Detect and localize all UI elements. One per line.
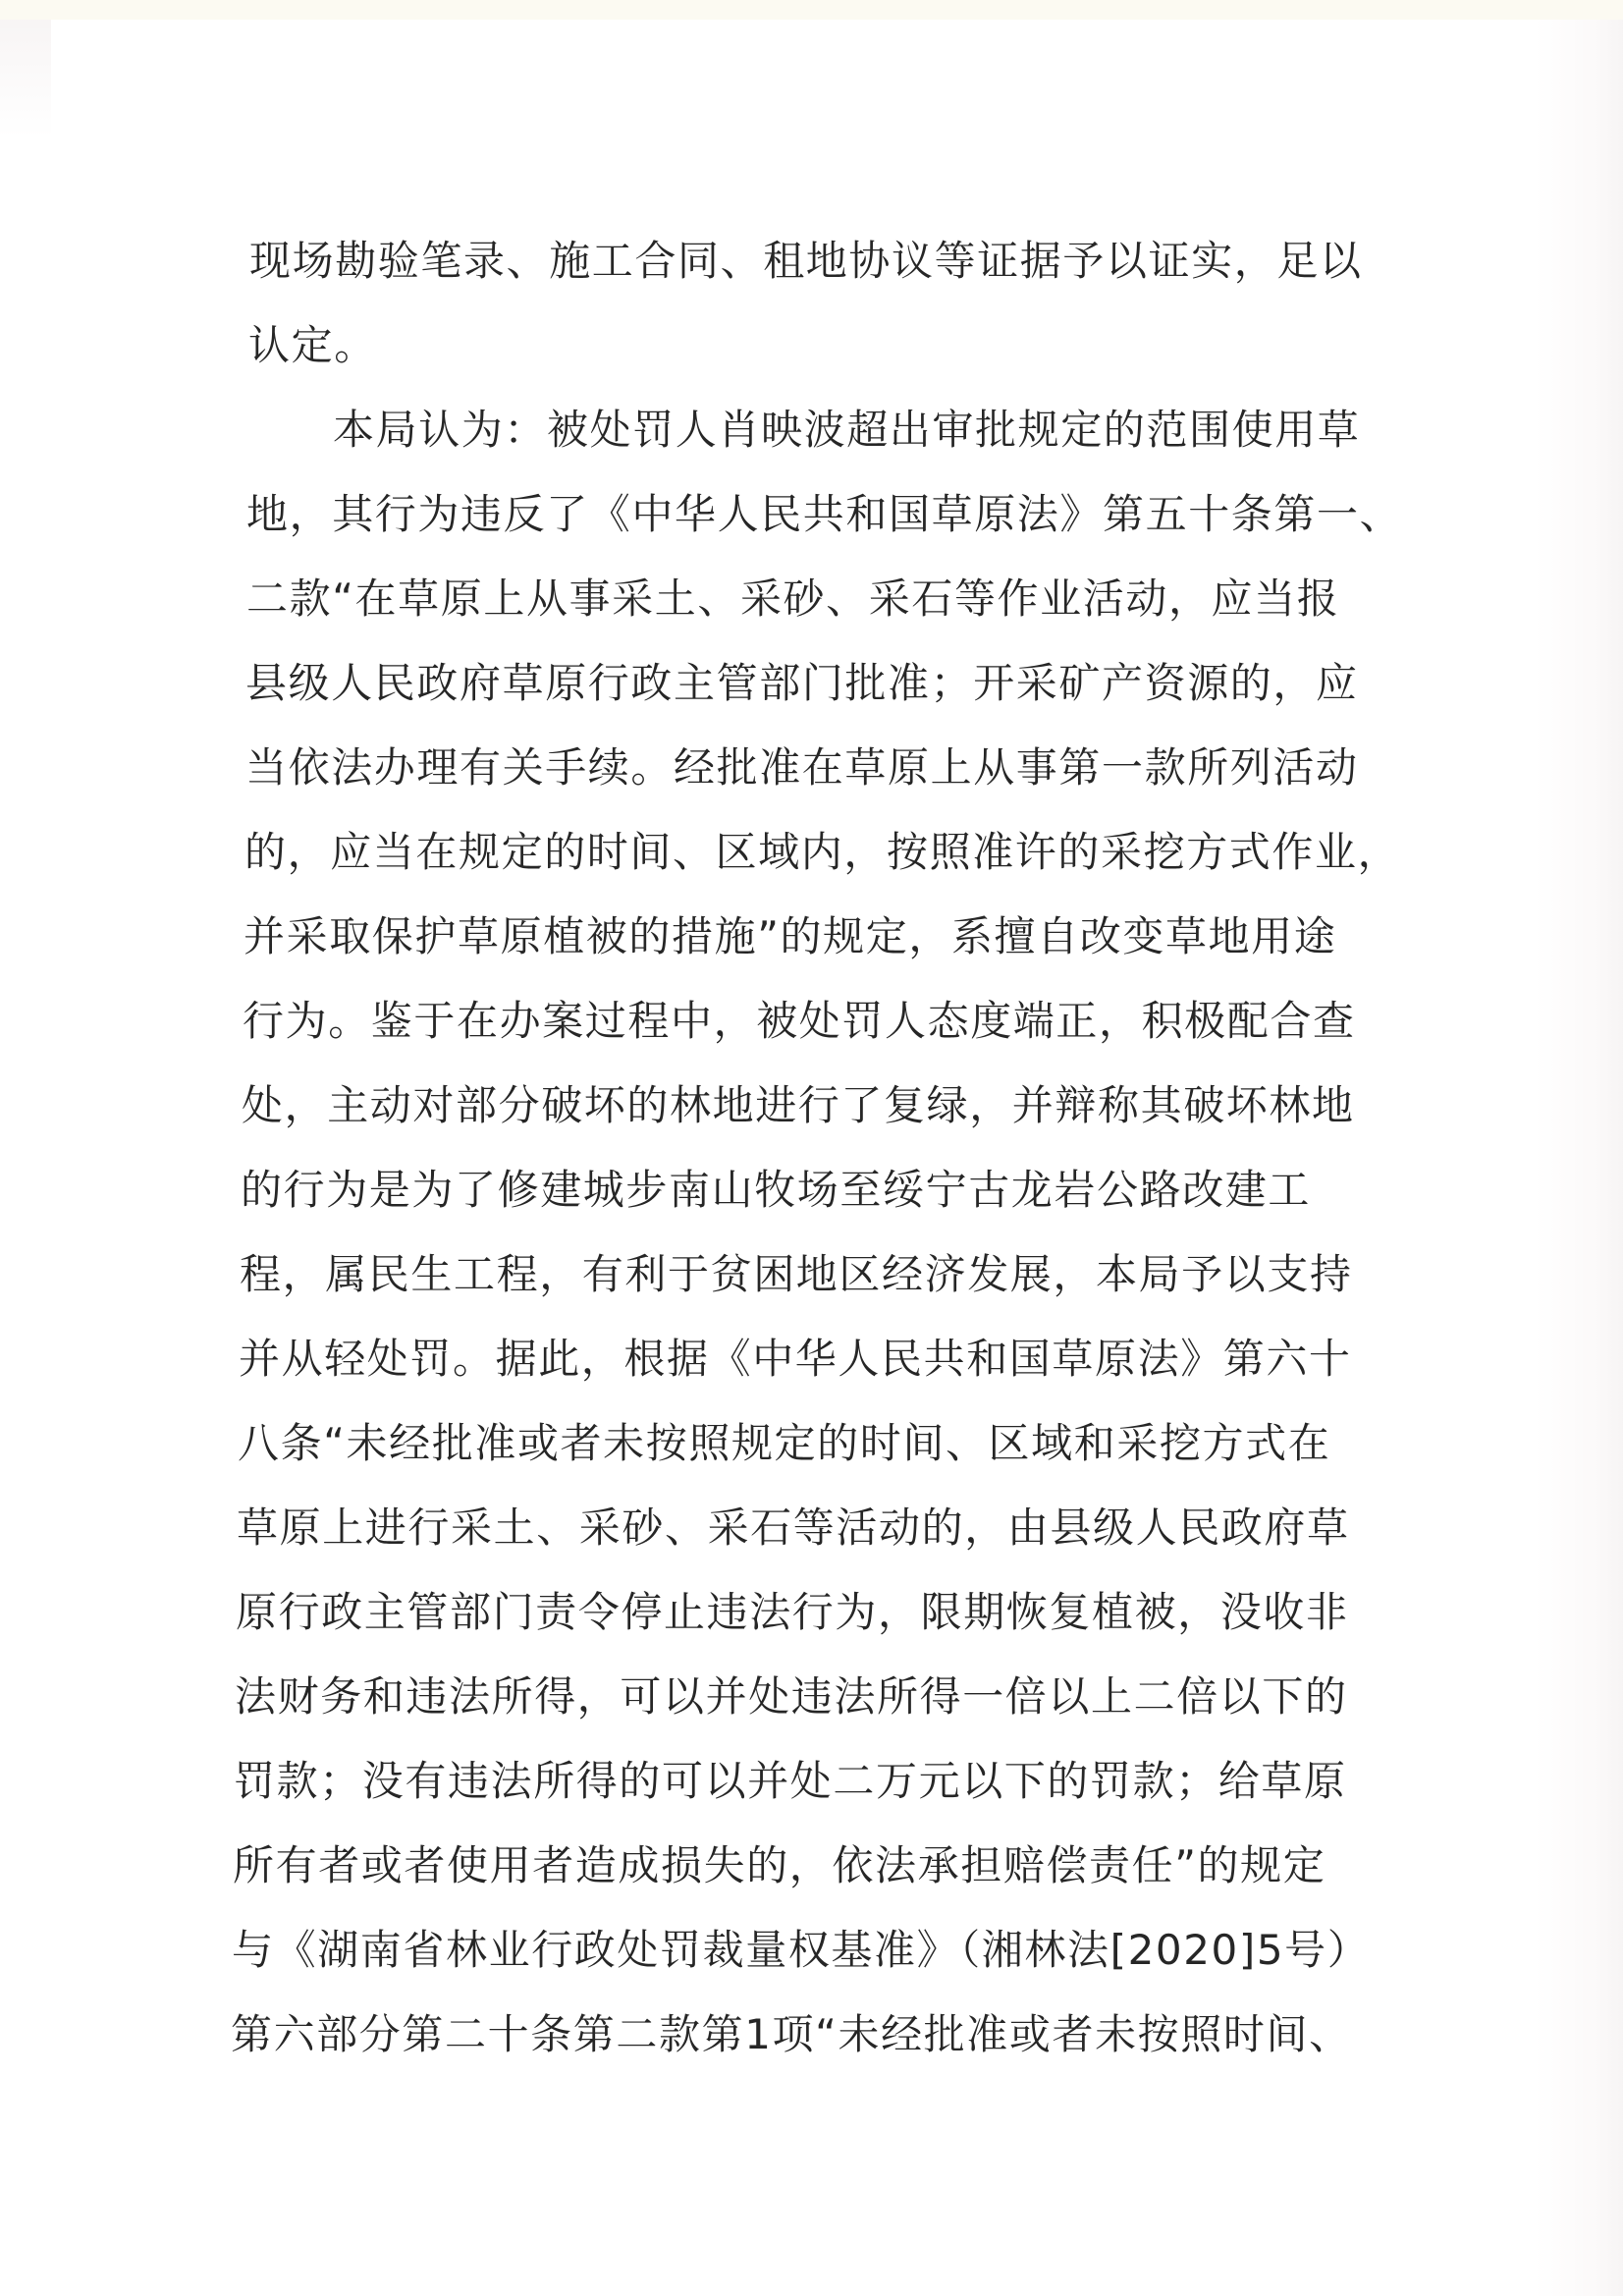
text-line: 所有者或者使用者造成损失的，依法承担赔偿责任”的规定 (233, 1845, 1325, 1886)
text-line: 二款“在草原上从事采土、采砂、采石等作业活动，应当报 (246, 578, 1339, 620)
text-line: 法财务和违法所得，可以并处违法所得一倍以上二倍以下的 (235, 1676, 1348, 1718)
text-line: 现场勘验笔录、施工合同、租地协议等证据予以证实，足以 (249, 241, 1363, 282)
text-line: 地，其行为违反了《中华人民共和国草原法》第五十条第一、 (246, 494, 1402, 535)
text-line: 与《湖南省林业行政处罚裁量权基准》（湘林法[2020]5号） (232, 1930, 1370, 1971)
text-line: 县级人民政府草原行政主管部门批准；开采矿产资源的，应 (245, 663, 1359, 704)
text-line: 的行为是为了修建城步南山牧场至绥宁古龙岩公路改建工 (241, 1170, 1311, 1211)
text-line: 草原上进行采土、采砂、采石等活动的，由县级人民政府草 (237, 1507, 1350, 1549)
paragraph-start-line: 本局认为：被处罚人肖映波超出审批规定的范围使用草 (333, 410, 1360, 451)
text-line: 八条“未经批准或者未按照规定的时间、区域和采挖方式在 (238, 1423, 1330, 1464)
text-line: 程，属民生工程，有利于贫困地区经济发展，本局予以支持 (240, 1254, 1353, 1295)
text-line: 罚款；没有违法所得的可以并处二万元以下的罚款；给草原 (234, 1761, 1347, 1802)
text-line: 原行政主管部门责令停止违法行为，限期恢复植被，没收非 (236, 1592, 1349, 1633)
document-page: 现场勘验笔录、施工合同、租地协议等证据予以证实，足以 认定。 本局认为：被处罚人… (0, 0, 1623, 2296)
text-line: 并从轻处罚。据此，根据《中华人民共和国草原法》第六十 (239, 1339, 1352, 1380)
text-line: 的，应当在规定的时间、区域内，按照准许的采挖方式作业， (244, 832, 1400, 873)
text-line: 当依法办理有关手续。经批准在草原上从事第一款所列活动 (245, 747, 1359, 789)
text-line: 第六部分第二十条第二款第1项“未经批准或者未按照时间、 (231, 2014, 1352, 2055)
text-line: 行为。鉴于在办案过程中，被处罚人态度端正，积极配合查 (243, 1001, 1356, 1042)
text-line: 并采取保护草原植被的措施”的规定，系擅自改变草地用途 (243, 916, 1336, 957)
text-line: 处，主动对部分破坏的林地进行了复绿，并辩称其破坏林地 (242, 1085, 1355, 1126)
text-line: 认定。 (248, 325, 377, 366)
